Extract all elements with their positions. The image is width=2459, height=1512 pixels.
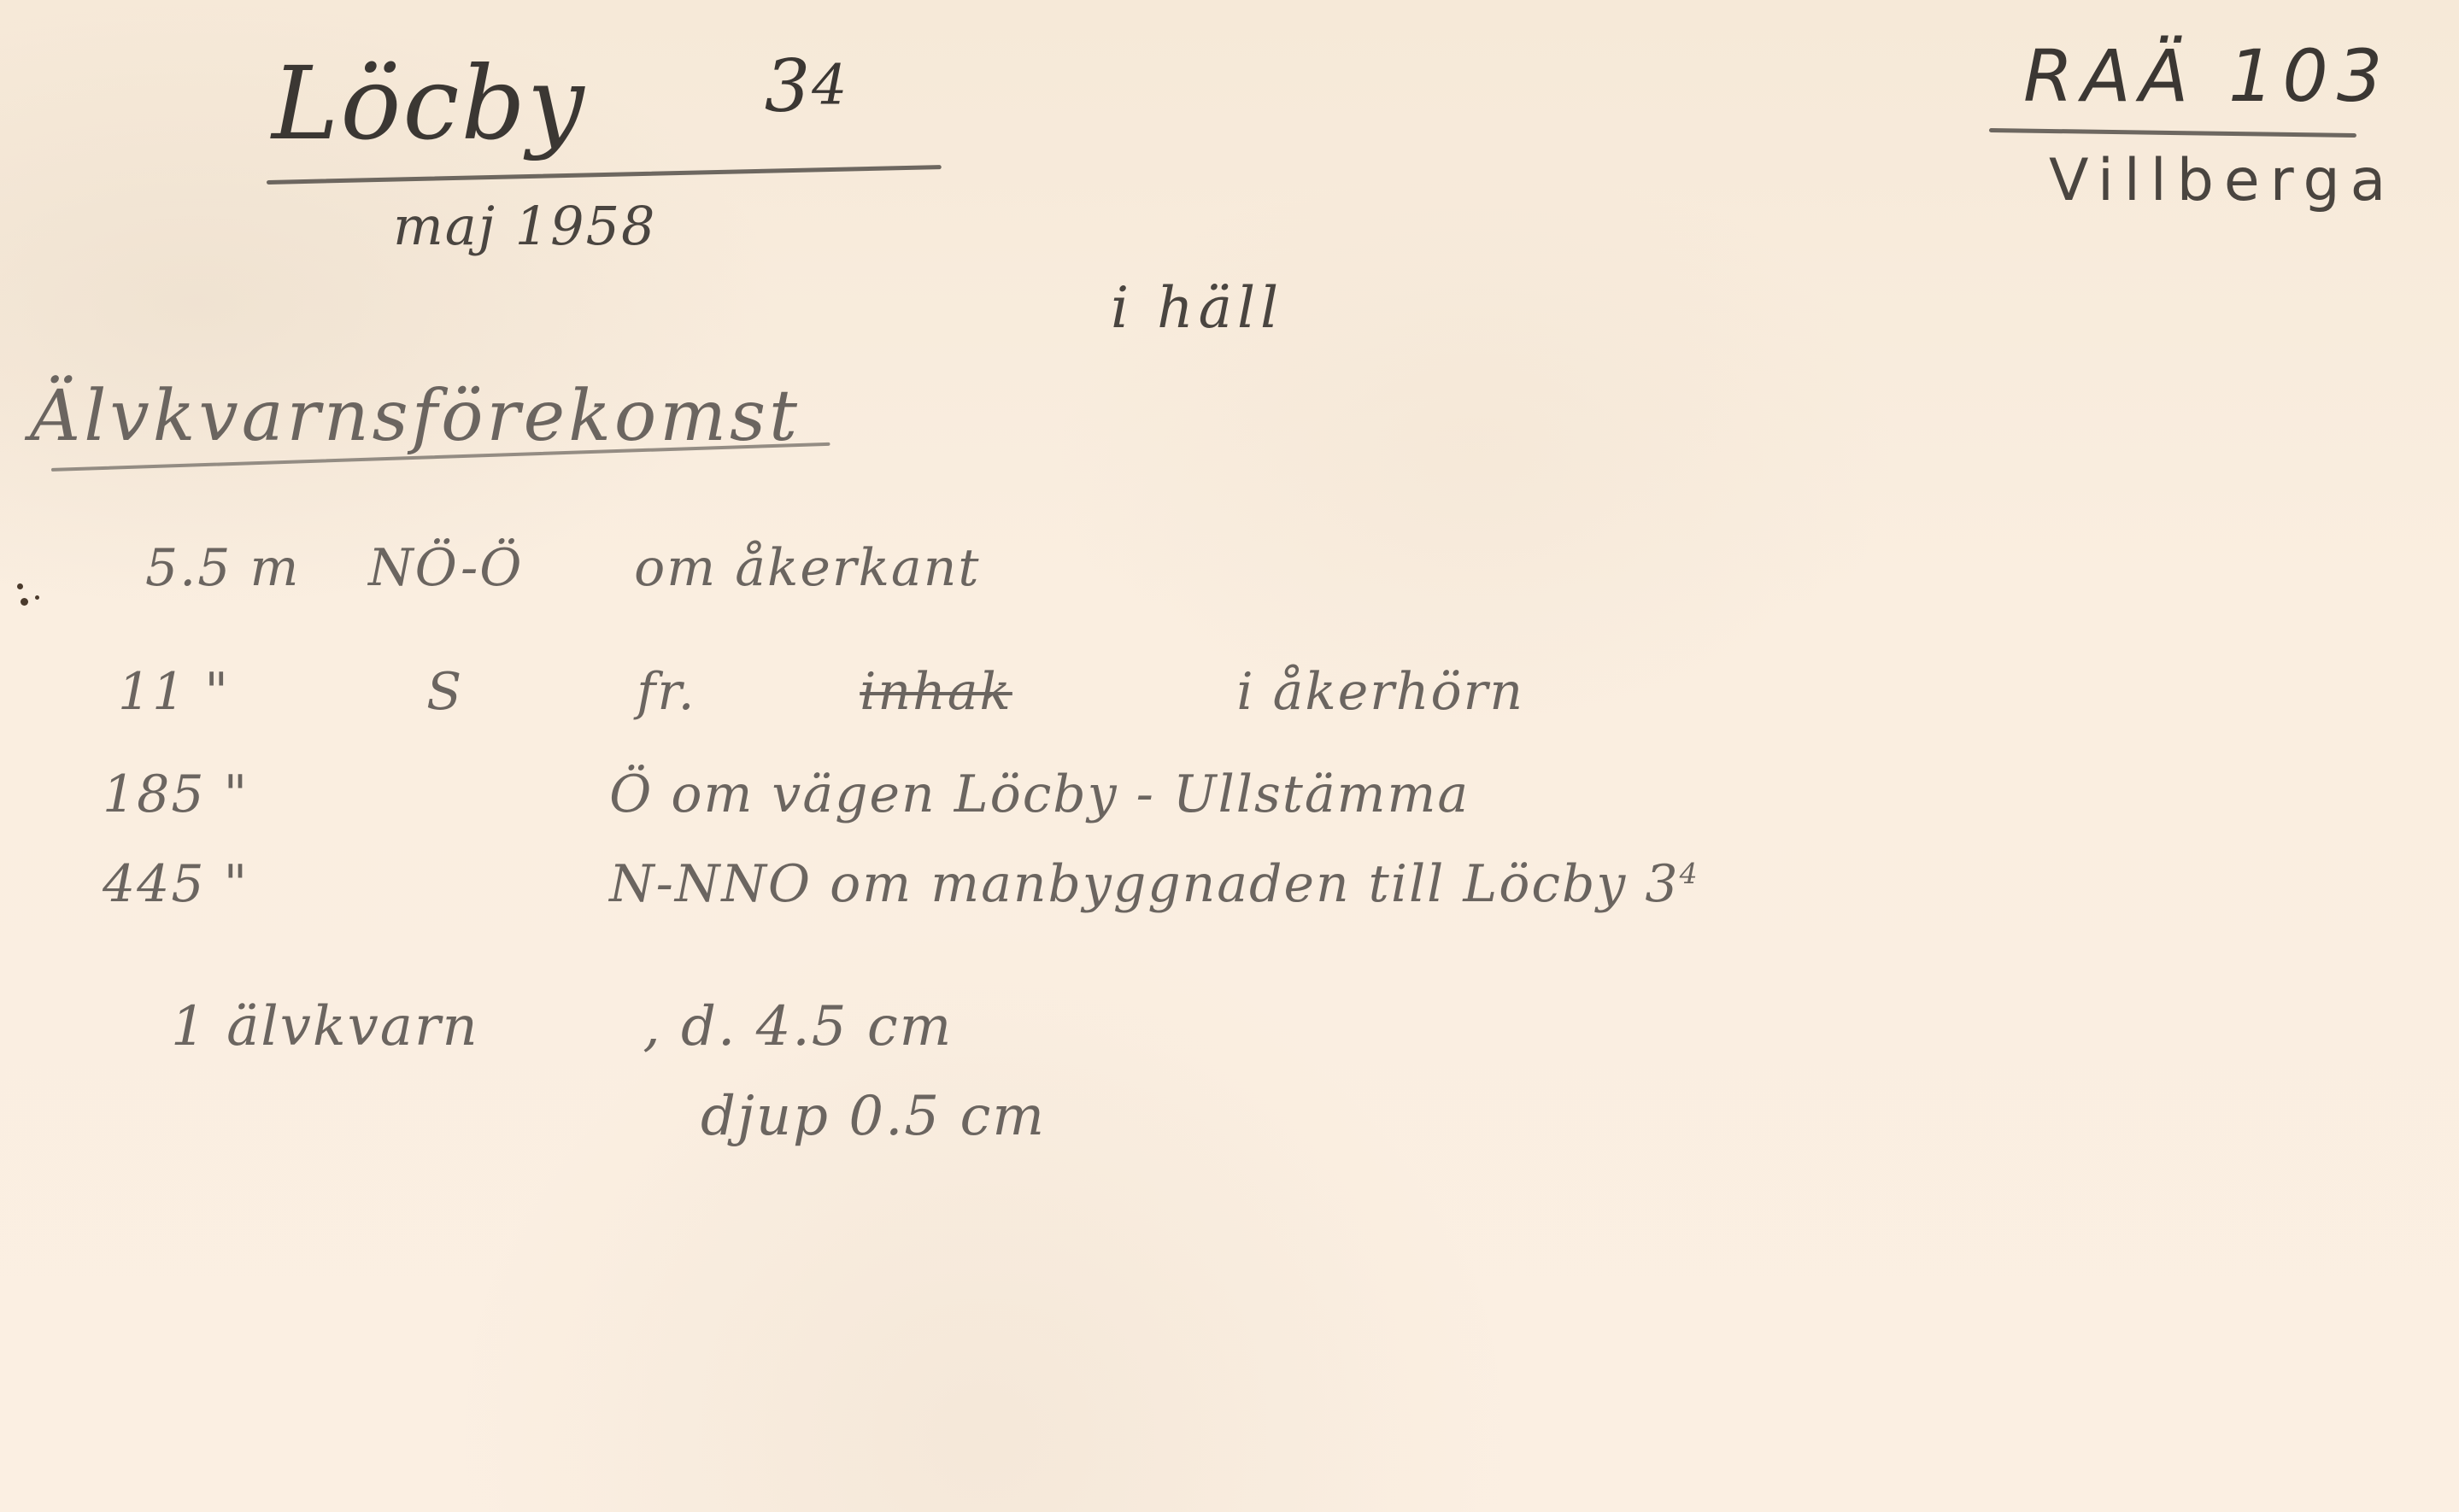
location-row: 5.5 m NÖ-Ö om åkerkant (145, 538, 980, 598)
site-number: 3 (765, 44, 812, 128)
find-heading: Älvkvarnsförekomst (30, 376, 801, 457)
location-distance: 445 " (103, 854, 591, 914)
ink-spot (35, 595, 39, 600)
site-number-superscript: 4 (1680, 857, 1699, 890)
find-count-label: 1 älvkvarn (171, 995, 624, 1058)
struck-out-word: inhak (860, 662, 1218, 722)
card-date: maj 1958 (393, 195, 656, 257)
location-description: i åkerhörn (1236, 662, 1524, 722)
location-row: 445 " N-NNO om manbyggnaden till Löcby 3… (103, 854, 1699, 914)
location-distance: 11 " (118, 662, 408, 722)
parish-name: Villberga (2049, 147, 2396, 214)
ink-spot (17, 583, 23, 589)
context-note: i häll (1111, 275, 1283, 341)
location-row: 185 " Ö om vägen Löcby - Ullstämma (103, 765, 1470, 824)
ink-spot (21, 598, 28, 606)
site-name: Löcby (272, 44, 586, 162)
find-diameter: , d. 4.5 cm (643, 995, 953, 1058)
location-direction: S (426, 662, 619, 722)
location-row: 11 " S fr. inhak i åkerhörn (118, 662, 1524, 722)
find-depth: djup 0.5 cm (701, 1085, 1046, 1148)
location-distance: 185 " (103, 765, 591, 824)
site-number-superscript: 4 (812, 54, 848, 118)
location-description: N-NNO om manbyggnaden till Löcby 3 (609, 854, 1679, 914)
location-description: Ö om vägen Löcby - Ullstämma (609, 765, 1470, 824)
location-distance: 5.5 m (145, 538, 350, 598)
location-prefix: fr. (637, 662, 842, 722)
index-card (0, 0, 2459, 1512)
find-count: 1 älvkvarn , d. 4.5 cm (171, 995, 953, 1058)
location-direction: NÖ-Ö (368, 538, 616, 598)
site-title: Löcby 34 (272, 44, 848, 162)
location-description: om åkerkant (634, 538, 980, 598)
registry-id: RAÄ 103 (2023, 34, 2391, 118)
